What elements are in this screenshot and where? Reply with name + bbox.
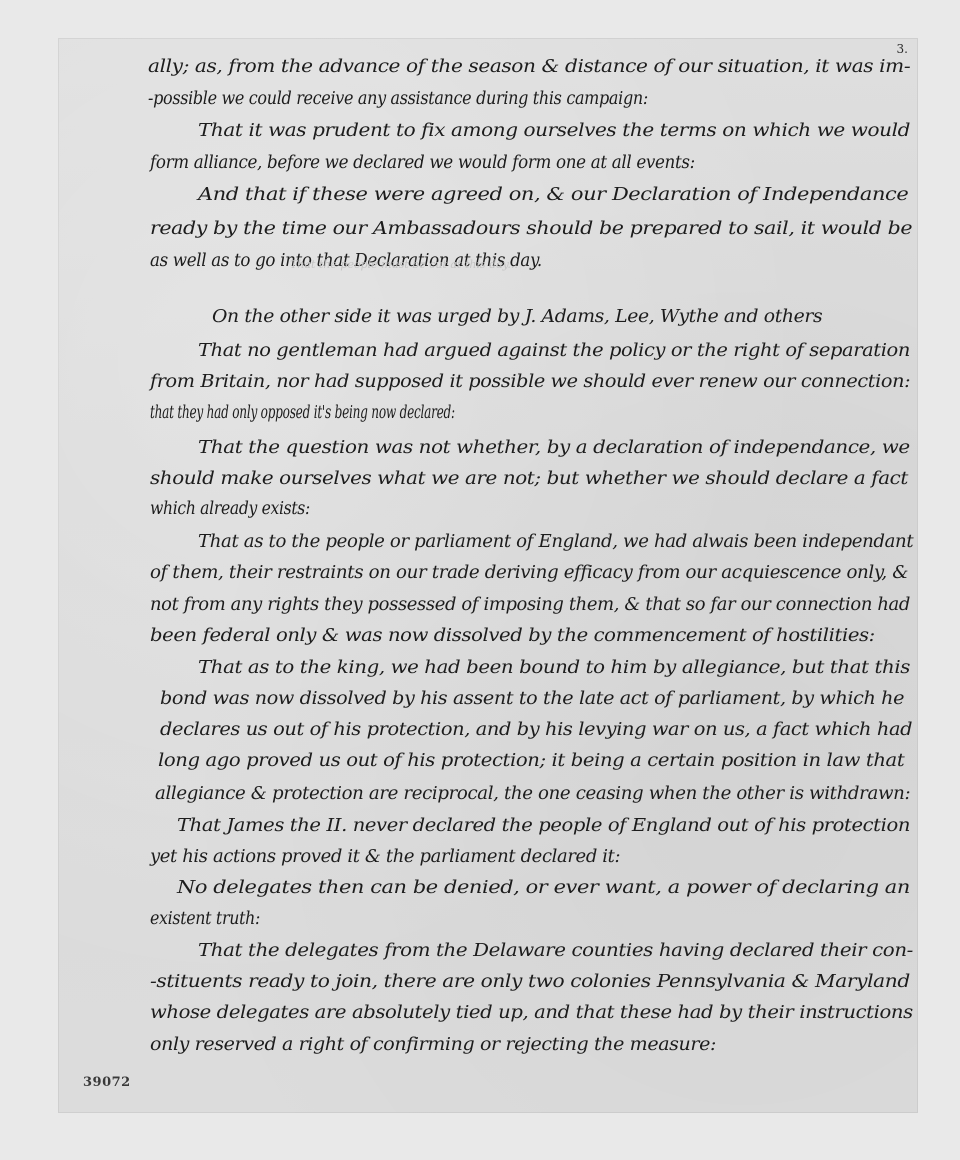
manuscript-line: -stituents ready to join, there are only… <box>150 974 910 992</box>
catalog-number: 39072 <box>83 1075 131 1090</box>
manuscript-line: That no gentleman had argued against the… <box>198 343 910 361</box>
manuscript-line: from Britain, nor had supposed it possib… <box>150 374 910 392</box>
manuscript-line: ally; as, from the advance of the season… <box>148 59 910 77</box>
manuscript-line: ready by the time our Ambassadours shoul… <box>150 221 912 239</box>
bleedthrough-text: That the people must be cut at this day.… <box>290 258 520 266</box>
manuscript-line: yet his actions proved it & the parliame… <box>150 849 620 867</box>
manuscript-line: And that if these were agreed on, & our … <box>198 187 908 205</box>
manuscript-line: No delegates then can be denied, or ever… <box>177 880 910 898</box>
manuscript-line: That James the II. never declared the pe… <box>177 818 910 836</box>
manuscript-line: should make ourselves what we are not; b… <box>150 471 908 489</box>
manuscript-line: that they had only opposed it's being no… <box>150 405 455 423</box>
manuscript-line: long ago proved us out of his protection… <box>158 753 904 771</box>
manuscript-line: That the delegates from the Delaware cou… <box>198 943 913 961</box>
manuscript-line: been federal only & was now dissolved by… <box>150 628 875 646</box>
manuscript-line: form alliance, before we declared we wou… <box>150 155 695 173</box>
manuscript-line: That as to the people or parliament of E… <box>198 534 913 552</box>
manuscript-line: which already exists: <box>150 501 310 519</box>
manuscript-line: declares us out of his protection, and b… <box>160 722 912 740</box>
manuscript-line: -possible we could receive any assistanc… <box>148 91 648 109</box>
manuscript-line: existent truth: <box>150 911 260 929</box>
manuscript-line: whose delegates are absolutely tied up, … <box>150 1005 913 1023</box>
manuscript-line: allegiance & protection are reciprocal, … <box>155 786 910 804</box>
manuscript-line: not from any rights they possessed of im… <box>150 597 910 615</box>
manuscript-line: That the question was not whether, by a … <box>198 440 910 458</box>
manuscript-line: On the other side it was urged by J. Ada… <box>212 309 822 327</box>
manuscript-line: That it was prudent to fix among ourselv… <box>198 123 910 141</box>
manuscript-line: bond was now dissolved by his assent to … <box>160 691 904 709</box>
page-number: 3. <box>897 42 908 56</box>
manuscript-line: only reserved a right of confirming or r… <box>150 1037 716 1055</box>
manuscript-line: of them, their restraints on our trade d… <box>150 565 908 583</box>
manuscript-line: That as to the king, we had been bound t… <box>198 660 910 678</box>
